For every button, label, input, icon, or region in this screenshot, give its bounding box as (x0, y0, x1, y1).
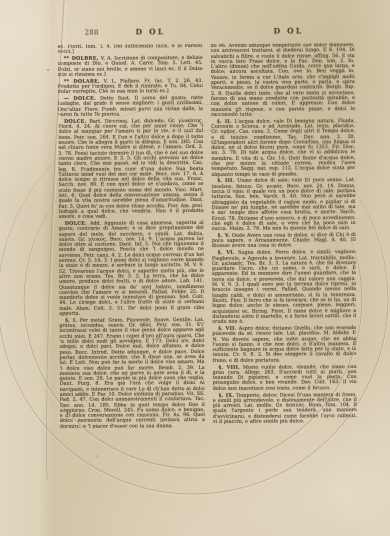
entry-paragraph: §. VI. Sugna dolce, Ferro dolce, e simil… (212, 250, 356, 325)
entry-paragraph: §. IX. Temporio, dolce; Dicesi D'una man… (213, 393, 357, 426)
entry-paragraph: ** DOLARE, V. L. Piallare. Fr. Iac. T. 2… (58, 79, 203, 96)
foxing-speck (47, 69, 49, 71)
entry-paragraph: §. VII. Aspro dolce; diciamo Quello, che… (212, 326, 356, 364)
scanned-dictionary-page: 288 D OL D OL ec. Fiorit. Ium. T. 4. Del… (0, 0, 390, 536)
foxing-speck (233, 263, 235, 265)
foxing-speck (96, 455, 98, 457)
running-head-right: D OL (274, 26, 304, 35)
entry-paragraph: — DOLCE. Detto Sust. Il sorso del gusto;… (58, 96, 203, 118)
left-column: ec. Fiorit. Ium. T. 4. Del sufficienzio … (58, 44, 205, 429)
running-head: 288 D OL D OL (0, 26, 389, 40)
entry-paragraph: §. VIII. Mosto vuolsi dolce, vivande, ch… (213, 365, 357, 392)
entry-paragraph: §. V. Onde Avere una cosa in dolce, si d… (212, 233, 356, 250)
running-head-left: D OL (136, 27, 166, 36)
entry-paragraph: §. III. Uomo dolce di sale; vale Di poco… (211, 178, 355, 232)
page-number: 288 (85, 29, 99, 37)
page-edge-margin (0, 0, 58, 536)
entry-paragraph: DOLCE. Bart. Dicerona. Lat. dulcedo. Gr.… (58, 119, 204, 221)
entry-paragraph: do 96. Avendo adunque temperante sue dol… (211, 43, 355, 118)
entry-paragraph: ec. Fiorit. Ium. T. 4. Del sufficienzio … (58, 44, 203, 55)
entry-paragraph: DOLCE. Add. Aggiunto di cosa amorosa, sa… (59, 221, 205, 317)
entry-paragraph: §. I. Per metaf. Grato, Piacevole, Soave… (59, 318, 205, 429)
printed-content: 288 D OL D OL ec. Fiorit. Ium. T. 4. Del… (0, 0, 390, 536)
entry-paragraph: §. II. L'acqua dolce, vale Di benigna na… (211, 119, 355, 178)
right-column: do 96. Avendo adunque temperante sue dol… (211, 43, 357, 428)
entry-paragraph: ** DOLBRE, V. A. Iscrizione di composito… (58, 56, 203, 78)
